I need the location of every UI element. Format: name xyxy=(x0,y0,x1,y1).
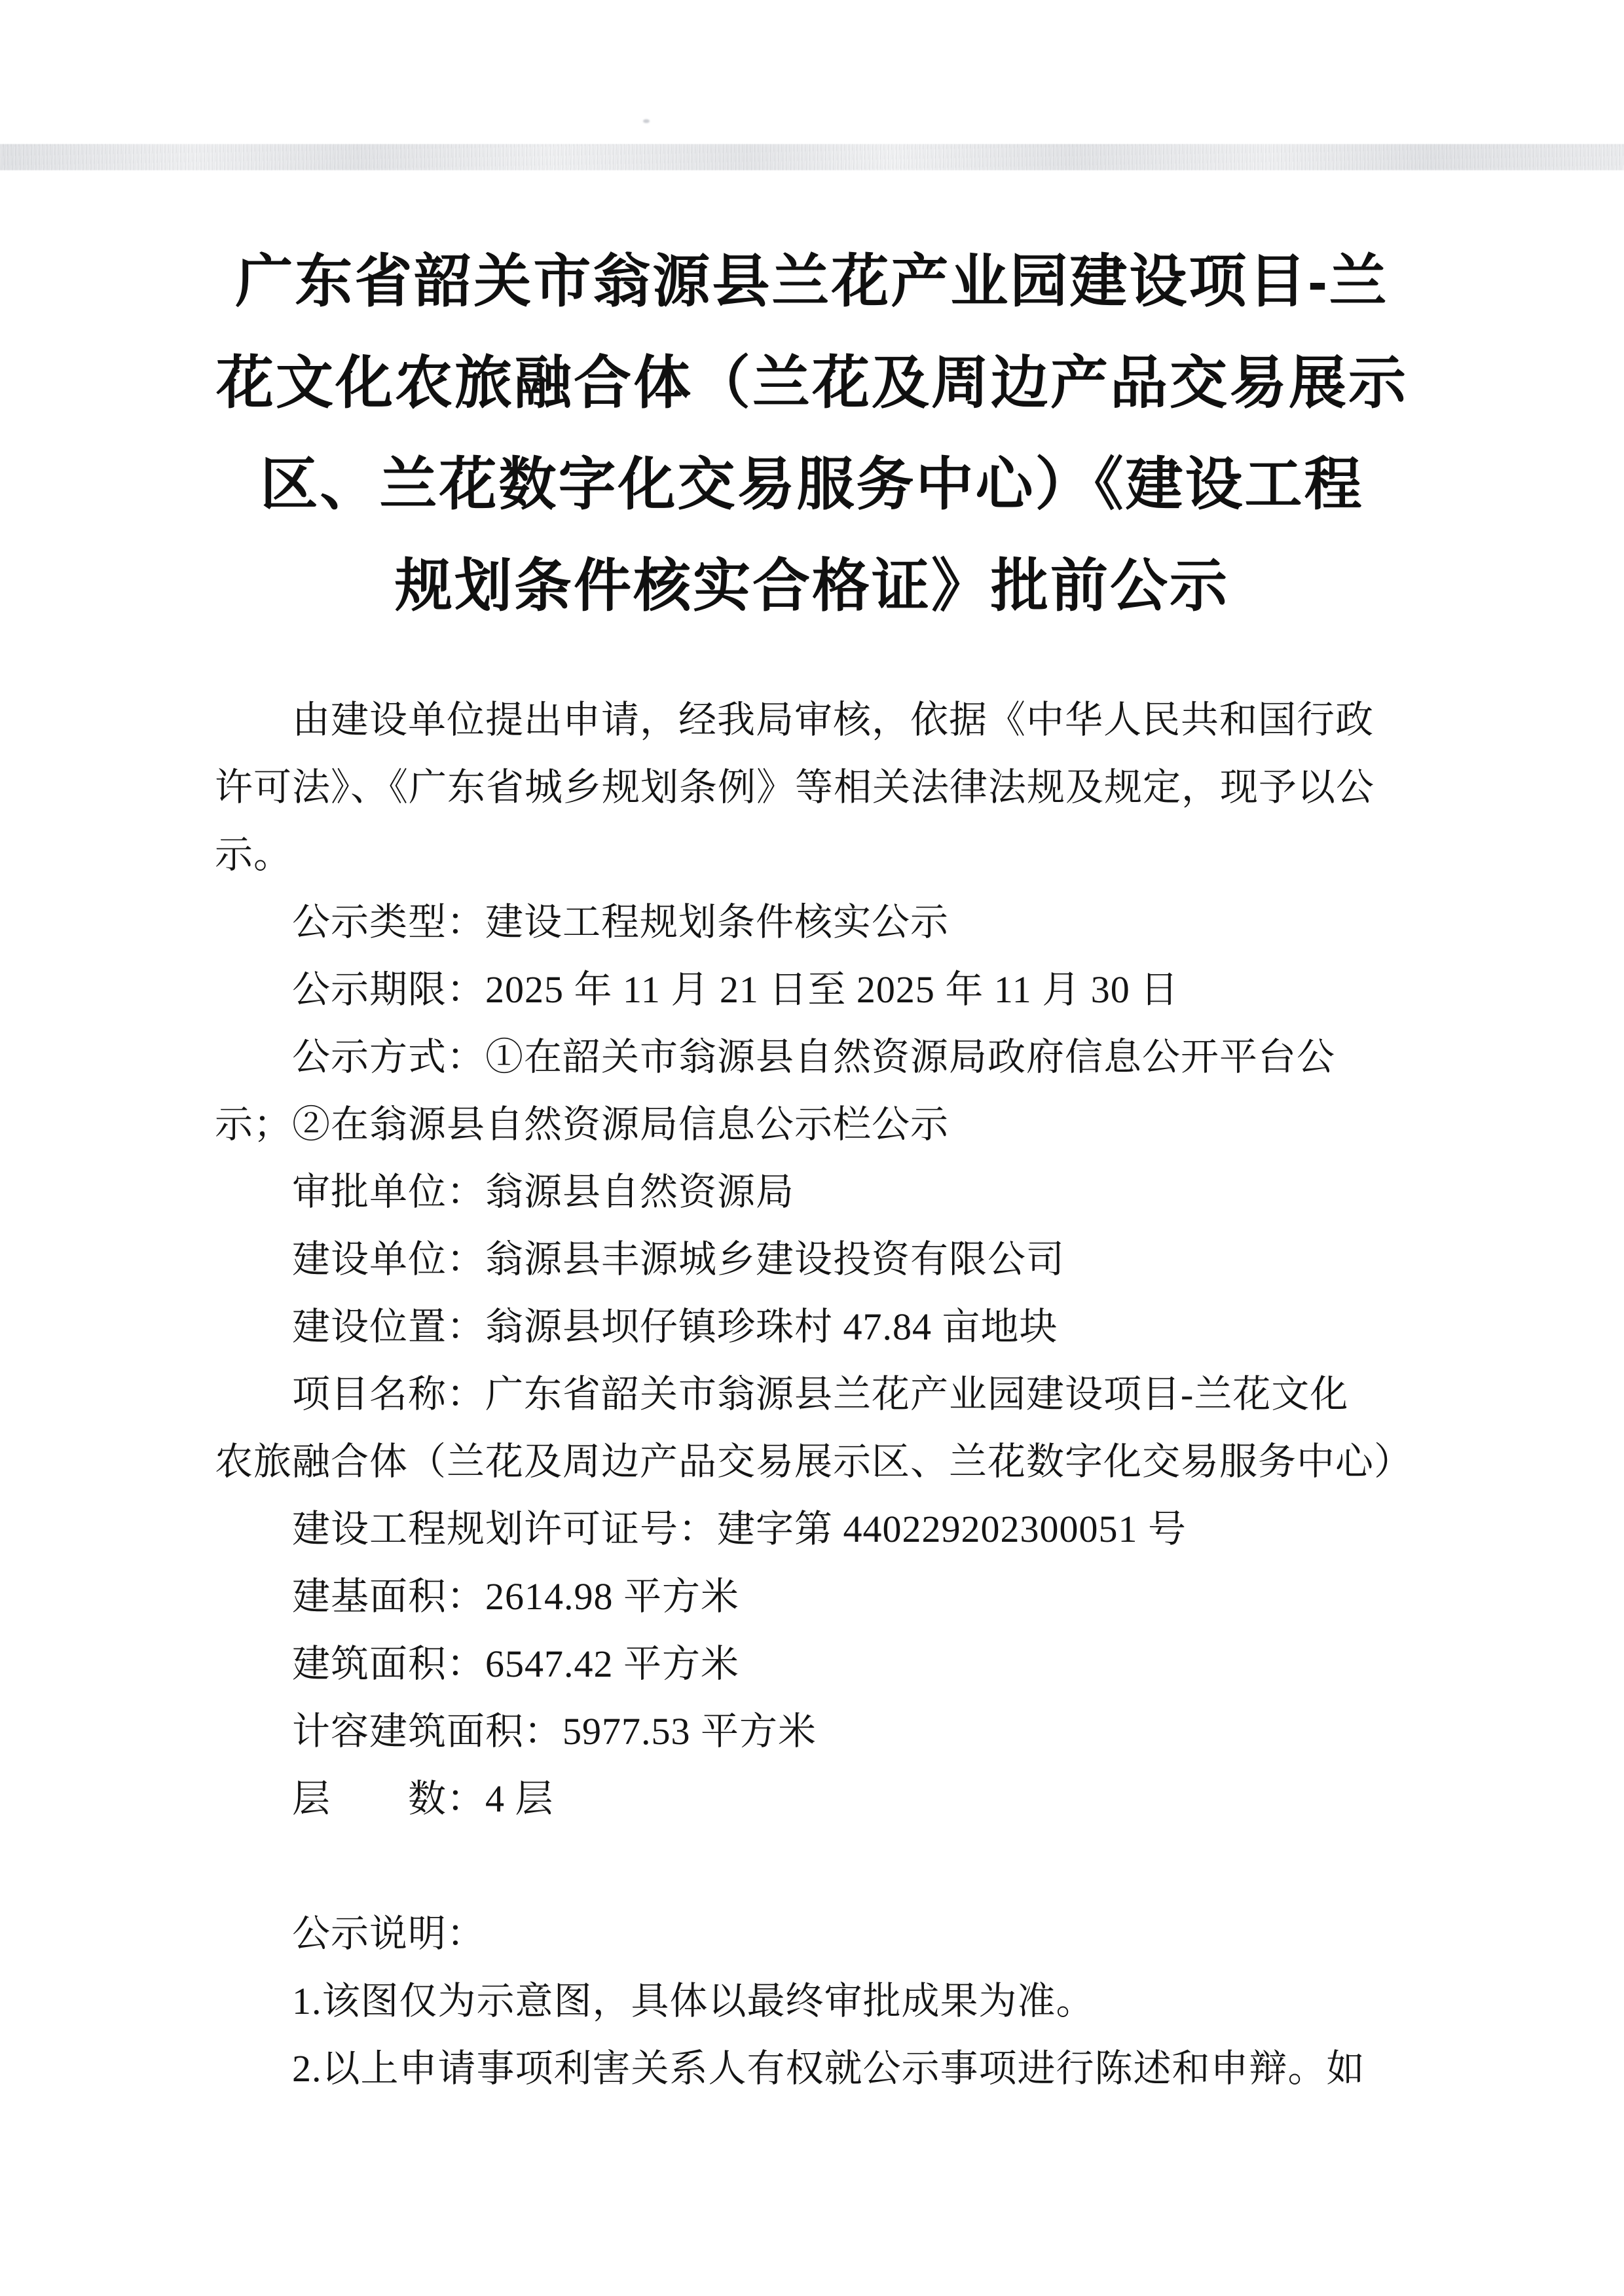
body-text-line: 许可法》、《广东省城乡规划条例》等相关法律法规及规定，现予以公 xyxy=(215,754,1413,821)
body-text-line: 示；②在翁源县自然资源局信息公示栏公示 xyxy=(215,1091,1413,1158)
body-text-line: 建设位置：翁源县坝仔镇珍珠村 47.84 亩地块 xyxy=(215,1293,1413,1360)
body-text-line: 公示方式：①在韶关市翁源县自然资源局政府信息公开平台公 xyxy=(215,1023,1413,1091)
body-text-line: 示。 xyxy=(215,821,1413,888)
body-text-line xyxy=(215,1832,1413,1900)
body-text-line: 计容建筑面积：5977.53 平方米 xyxy=(215,1698,1413,1765)
scan-artifact-band xyxy=(0,144,1624,170)
body-text-line: 层 数：4 层 xyxy=(215,1765,1413,1832)
body-text-line: 由建设单位提出申请，经我局审核，依据《中华人民共和国行政 xyxy=(215,686,1413,754)
body-text-line: 建设工程规划许可证号：建字第 440229202300051 号 xyxy=(215,1495,1413,1563)
scan-artifact-dot xyxy=(643,119,650,123)
body-text-line: 1.该图仅为示意图，具体以最终审批成果为准。 xyxy=(215,1967,1413,2035)
body-text-line: 2.以上申请事项利害关系人有权就公示事项进行陈述和申辩。如 xyxy=(215,2035,1413,2102)
body-text-line: 公示类型：建设工程规划条件核实公示 xyxy=(215,888,1413,956)
body-text-line: 审批单位：翁源县自然资源局 xyxy=(215,1158,1413,1226)
body-text-line: 建筑面积：6547.42 平方米 xyxy=(215,1630,1413,1698)
body-text-line: 农旅融合体（兰花及周边产品交易展示区、兰花数字化交易服务中心） xyxy=(215,1428,1413,1495)
document-title: 广东省韶关市翁源县兰花产业园建设项目-兰花文化农旅融合体（兰花及周边产品交易展示… xyxy=(92,230,1532,636)
document-body: 由建设单位提出申请，经我局审核，依据《中华人民共和国行政许可法》、《广东省城乡规… xyxy=(215,686,1413,2102)
document-title-line: 广东省韶关市翁源县兰花产业园建设项目-兰 xyxy=(92,230,1532,332)
body-text-line: 公示期限：2025 年 11 月 21 日至 2025 年 11 月 30 日 xyxy=(215,956,1413,1023)
body-text-line: 建基面积：2614.98 平方米 xyxy=(215,1563,1413,1630)
document-title-line: 区、兰花数字化交易服务中心）《建设工程 xyxy=(92,433,1532,535)
document-page: 广东省韶关市翁源县兰花产业园建设项目-兰花文化农旅融合体（兰花及周边产品交易展示… xyxy=(0,0,1624,2296)
body-text-line: 项目名称：广东省韶关市翁源县兰花产业园建设项目-兰花文化 xyxy=(215,1360,1413,1428)
body-text-line: 建设单位：翁源县丰源城乡建设投资有限公司 xyxy=(215,1226,1413,1293)
document-title-line: 花文化农旅融合体（兰花及周边产品交易展示 xyxy=(92,332,1532,433)
body-text-line: 公示说明： xyxy=(215,1900,1413,1967)
document-title-line: 规划条件核实合格证》批前公示 xyxy=(92,535,1532,636)
